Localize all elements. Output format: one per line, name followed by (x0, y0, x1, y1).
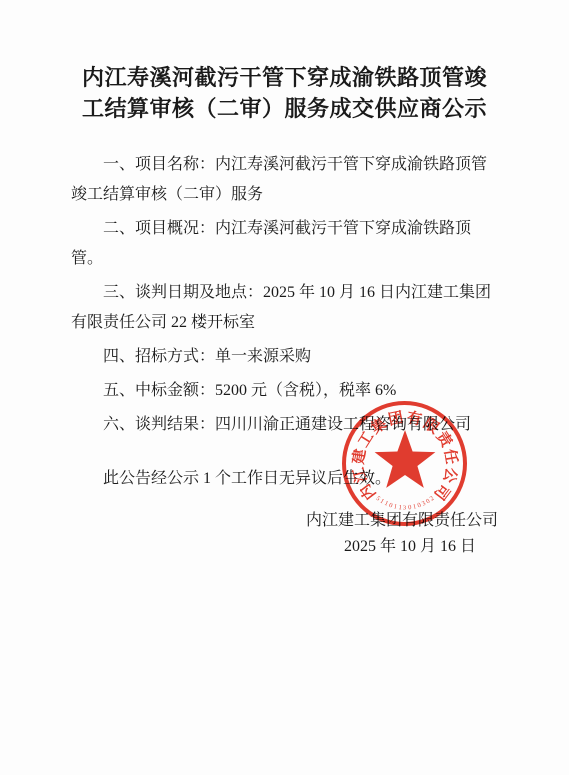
document-body: 一、项目名称：内江寿溪河截污干管下穿成渝铁路顶管竣工结算审核（二审）服务 二、项… (71, 150, 498, 440)
paragraph-project-overview: 二、项目概况：内江寿溪河截污干管下穿成渝铁路顶管。 (71, 214, 498, 274)
page-title: 内江寿溪河截污干管下穿成渝铁路顶管竣 工结算审核（二审）服务成交供应商公示 (71, 62, 498, 124)
company-seal: 内江建工集团有限责任公司 5110113010302 (342, 401, 467, 526)
paragraph-negotiation-date-location: 三、谈判日期及地点：2025 年 10 月 16 日内江建工集团有限责任公司 2… (71, 278, 498, 338)
signature-date: 2025 年 10 月 16 日 (71, 534, 498, 560)
title-line-2: 工结算审核（二审）服务成交供应商公示 (71, 93, 498, 124)
paragraph-project-name: 一、项目名称：内江寿溪河截污干管下穿成渝铁路顶管竣工结算审核（二审）服务 (71, 150, 498, 210)
paragraph-tender-method: 四、招标方式：单一来源采购 (71, 342, 498, 372)
paragraph-award-amount: 五、中标金额：5200 元（含税），税率 6% (71, 376, 498, 406)
title-line-1: 内江寿溪河截污干管下穿成渝铁路顶管竣 (71, 62, 498, 93)
document-content: 内江寿溪河截污干管下穿成渝铁路顶管竣 工结算审核（二审）服务成交供应商公示 一、… (0, 0, 569, 560)
document-page: 内江寿溪河截污干管下穿成渝铁路顶管竣 工结算审核（二审）服务成交供应商公示 一、… (0, 0, 569, 775)
